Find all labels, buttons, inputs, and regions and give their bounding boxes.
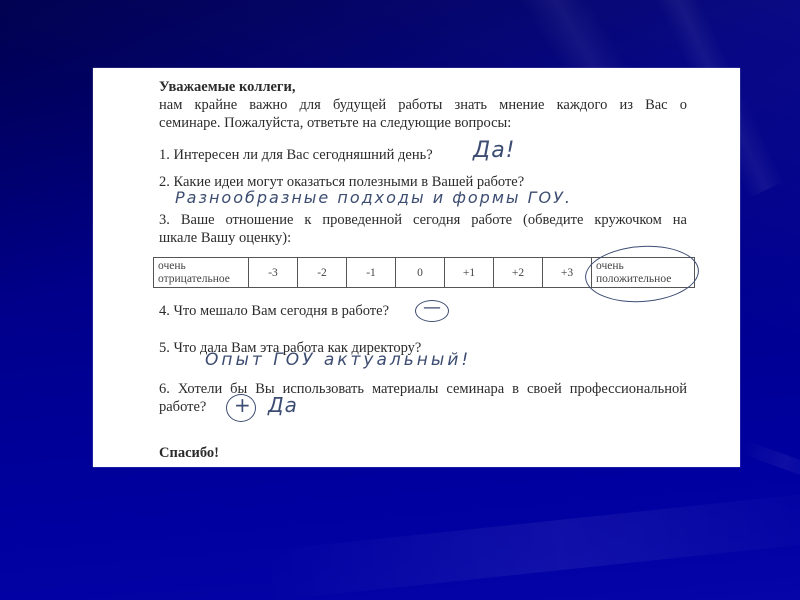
question-3-line-2: шкале Вашу оценку): bbox=[159, 229, 291, 247]
scale-option[interactable]: +1 bbox=[445, 258, 494, 288]
answer-6-handwritten: Да bbox=[268, 393, 298, 417]
question-1: 1. Интересен ли для Вас сегодняшний день… bbox=[159, 146, 433, 164]
answer-6-mark: + bbox=[234, 393, 251, 417]
closing-thanks: Спасибо! bbox=[159, 444, 219, 462]
intro-line-1: нам крайне важно для будущей работы знат… bbox=[159, 96, 687, 114]
scale-option[interactable]: +2 bbox=[494, 258, 543, 288]
question-6-line-2: работе? bbox=[159, 398, 206, 416]
answer-5-handwritten: Опыт ГОУ актуальный! bbox=[205, 350, 471, 370]
question-3-line-1: 3. Ваше отношение к проведенной сегодня … bbox=[159, 211, 687, 229]
answer-4-handwritten: — bbox=[423, 297, 442, 318]
scale-option[interactable]: -3 bbox=[249, 258, 298, 288]
answer-1-handwritten: Да! bbox=[473, 138, 516, 163]
question-4: 4. Что мешало Вам сегодня в работе? bbox=[159, 302, 389, 320]
scale-label: отрицательное bbox=[158, 273, 230, 285]
scale-label: очень bbox=[158, 260, 186, 272]
scale-option[interactable]: -2 bbox=[298, 258, 347, 288]
scale-option[interactable]: -1 bbox=[347, 258, 396, 288]
answer-2-handwritten: Разнообразные подходы и формы ГОУ. bbox=[175, 188, 572, 207]
background-streak bbox=[259, 489, 800, 600]
scale-option[interactable]: 0 bbox=[396, 258, 445, 288]
questionnaire-sheet: Уважаемые коллеги, нам крайне важно для … bbox=[93, 68, 740, 467]
handwritten-circle-mark bbox=[583, 242, 701, 306]
scale-option[interactable]: +3 bbox=[543, 258, 592, 288]
intro-line-2: семинаре. Пожалуйста, ответьте на следую… bbox=[159, 114, 511, 132]
greeting: Уважаемые коллеги, bbox=[159, 78, 295, 96]
background-streak bbox=[740, 440, 800, 484]
scale-option-very-negative[interactable]: очень отрицательное bbox=[154, 258, 249, 288]
